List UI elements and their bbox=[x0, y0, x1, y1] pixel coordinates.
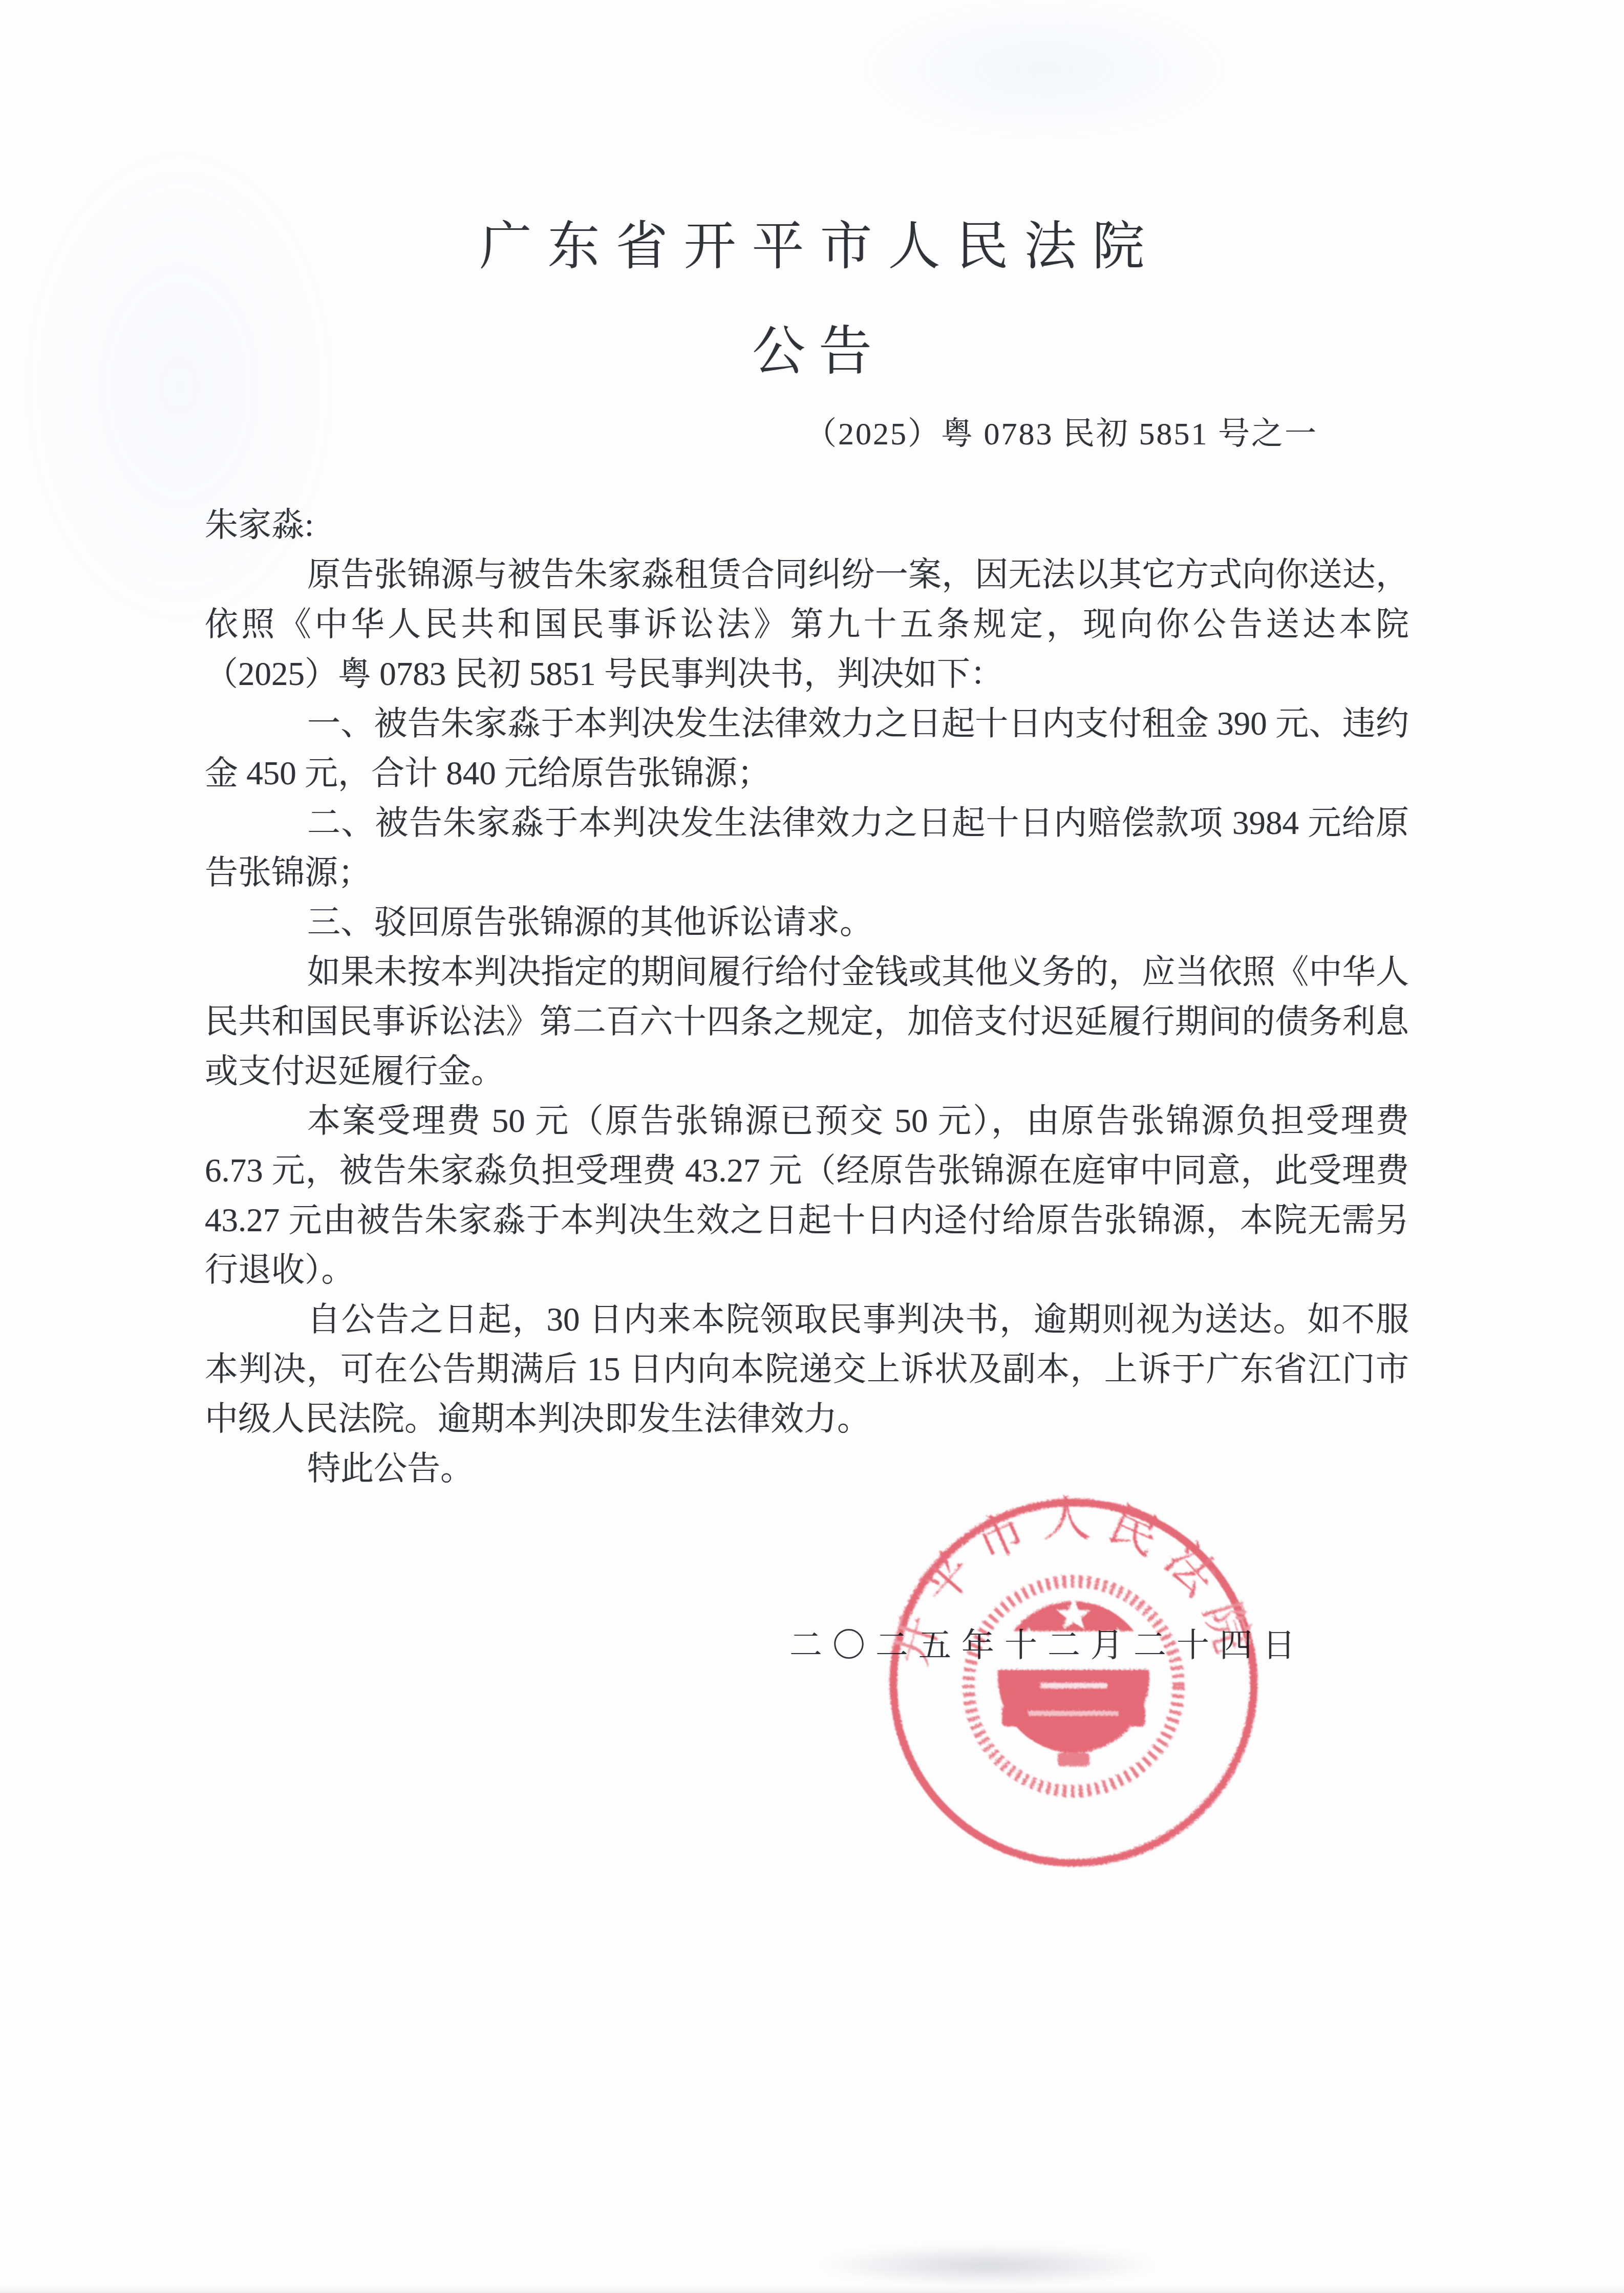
body-paragraph: 一、被告朱家淼于本判决发生法律效力之日起十日内支付租金 390 元、违约金 45… bbox=[205, 699, 1409, 799]
court-name-title: 广东省开平市人民法院 bbox=[0, 221, 1624, 273]
notice-title: 公告 bbox=[0, 326, 1624, 379]
body-paragraph: 三、驳回原告张锦源的其他诉讼请求。 bbox=[205, 898, 1409, 948]
body-paragraph: 自公告之日起，30 日内来本院领取民事判决书，逾期则视为送达。如不服本判决，可在… bbox=[205, 1295, 1409, 1444]
body-paragraph: 如果未按本判决指定的期间履行给付金钱或其他义务的，应当依照《中华人民共和国民事诉… bbox=[205, 948, 1409, 1097]
scan-artifact-top bbox=[860, 0, 1229, 138]
body-paragraph: 二、被告朱家淼于本判决发生法律效力之日起十日内赔偿款项 3984 元给原告张锦源… bbox=[205, 799, 1409, 898]
case-number: （2025）粤 0783 民初 5851 号之一 bbox=[805, 418, 1318, 451]
scan-artifact-smudge bbox=[819, 2245, 1157, 2286]
court-notice-document: 广东省开平市人民法院 公告 （2025）粤 0783 民初 5851 号之一 朱… bbox=[0, 0, 1624, 2293]
body-paragraph: 本案受理费 50 元（原告张锦源已预交 50 元），由原告张锦源负担受理费 6.… bbox=[205, 1097, 1409, 1295]
scan-artifact-bottom-edge bbox=[0, 2286, 1624, 2293]
court-seal: 开平市人民法院 bbox=[877, 1486, 1269, 1878]
body-paragraph: 原告张锦源与被告朱家淼租赁合同纠纷一案，因无法以其它方式向你送达，依照《中华人民… bbox=[205, 550, 1409, 699]
body-paragraphs: 原告张锦源与被告朱家淼租赁合同纠纷一案，因无法以其它方式向你送达，依照《中华人民… bbox=[205, 550, 1409, 1494]
national-emblem-icon bbox=[968, 1580, 1178, 1790]
notice-body: 朱家淼: 原告张锦源与被告朱家淼租赁合同纠纷一案，因无法以其它方式向你送达，依照… bbox=[205, 501, 1409, 1494]
addressee: 朱家淼: bbox=[205, 501, 1409, 550]
